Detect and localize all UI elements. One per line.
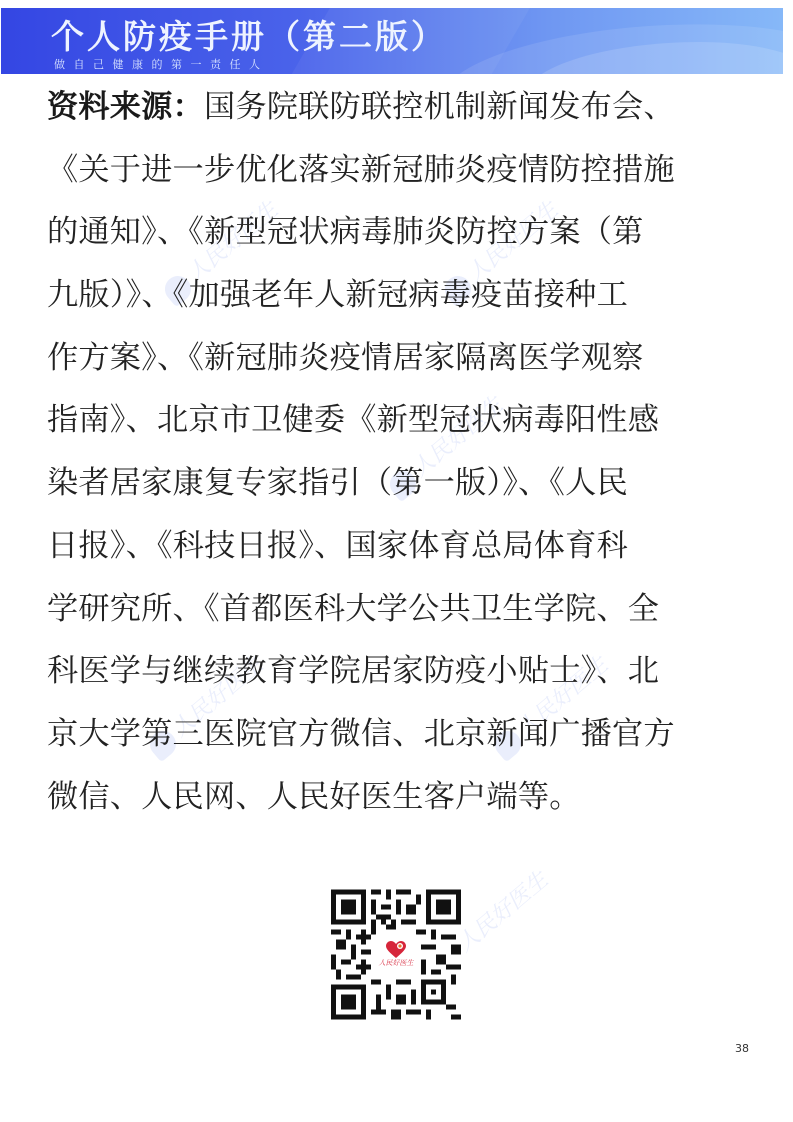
sources-label: 资料来源： [47, 89, 204, 125]
qr-code[interactable]: 人民好医生 [331, 889, 461, 1020]
text-line: 微信、人民网、人民好医生客户端等。 [47, 773, 747, 836]
page-number: 38 [735, 1042, 749, 1055]
sources-paragraph: 资料来源：国务院联防联控机制新闻发布会、 《关于进一步优化落实新冠肺炎疫情防控措… [47, 83, 747, 835]
text-line: 作方案》、《新冠肺炎疫情居家隔离医学观察 [47, 334, 747, 397]
text-line: 日报》、《科技日报》、国家体育总局体育科 [47, 522, 747, 585]
heart-logo-icon [386, 941, 406, 959]
qr-logo-text: 人民好医生 [379, 959, 414, 967]
text-line: 染者居家康复专家指引（第一版）》、《人民 [47, 459, 747, 522]
header-banner: 个人防疫手册（第二版） 做自己健康的第一责任人 [1, 8, 783, 74]
document-slogan: 做自己健康的第一责任人 [54, 58, 269, 72]
text-line: 《关于进一步优化落实新冠肺炎疫情防控措施 [47, 146, 747, 209]
text-line: 指南》、北京市卫健委《新型冠状病毒阳性感 [47, 396, 747, 459]
text-line: 的通知》、《新型冠状病毒肺炎防控方案（第 [47, 208, 747, 271]
text-line: 学研究所、《首都医科大学公共卫生学院、全 [47, 585, 747, 648]
text-line: 京大学第三医院官方微信、北京新闻广播官方 [47, 710, 747, 773]
qr-center-logo: 人民好医生 [375, 933, 417, 975]
text-line: 资料来源：国务院联防联控机制新闻发布会、 [47, 83, 747, 146]
text-line: 九版）》、《加强老年人新冠病毒疫苗接种工 [47, 271, 747, 334]
document-title: 个人防疫手册（第二版） [51, 17, 447, 57]
text-line: 科医学与继续教育学院居家防疫小贴士》、北 [47, 647, 747, 710]
